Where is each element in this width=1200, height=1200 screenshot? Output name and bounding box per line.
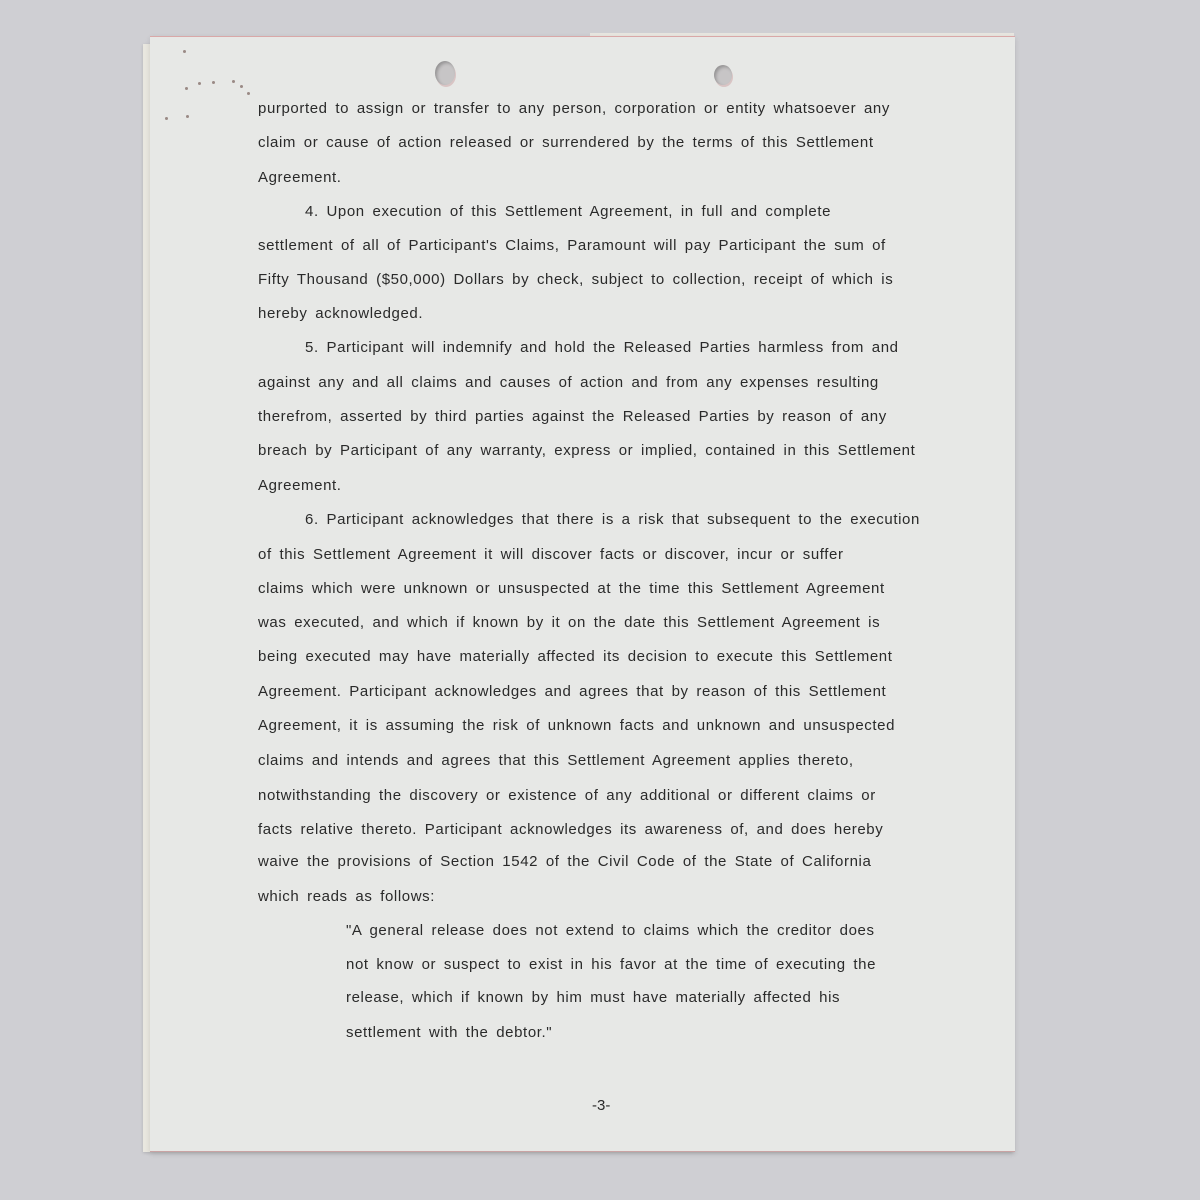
paragraph-line: Agreement. [258,170,342,185]
paragraph-line: which reads as follows: [258,889,435,904]
punch-hole-icon [714,65,732,85]
paragraph-line: therefrom, asserted by third parties aga… [258,409,887,424]
paragraph-line: being executed may have materially affec… [258,649,893,664]
paragraph-line: 5. Participant will indemnify and hold t… [305,340,899,355]
punch-hole-icon [435,61,455,85]
paper-speck [247,92,250,95]
paragraph-line: 6. Participant acknowledges that there i… [305,512,920,527]
paragraph-line: Agreement. [258,478,342,493]
paragraph-line: Fifty Thousand ($50,000) Dollars by chec… [258,272,893,287]
paragraph-line: settlement of all of Participant's Claim… [258,238,886,253]
paper-speck [185,87,188,90]
paragraph-line: facts relative thereto. Participant ackn… [258,822,883,837]
paragraph-line: 4. Upon execution of this Settlement Agr… [305,204,831,219]
paragraph-line: claims which were unknown or unsuspected… [258,581,885,596]
paragraph-line: Agreement. Participant acknowledges and … [258,684,886,699]
paper-speck [240,85,243,88]
paragraph-line: claims and intends and agrees that this … [258,753,854,768]
paragraph-line: notwithstanding the discovery or existen… [258,788,876,803]
quoted-statute-line: release, which if known by him must have… [346,990,840,1005]
paragraph-line: hereby acknowledged. [258,306,423,321]
paper-speck [212,81,215,84]
document-page: purported to assign or transfer to any p… [150,36,1015,1152]
paragraph-line: purported to assign or transfer to any p… [258,101,890,116]
paper-speck [165,117,168,120]
paper-speck [232,80,235,83]
paper-speck [198,82,201,85]
page-number: -3- [592,1097,610,1114]
paragraph-line: claim or cause of action released or sur… [258,135,874,150]
paragraph-line: breach by Participant of any warranty, e… [258,443,915,458]
paragraph-line: Agreement, it is assuming the risk of un… [258,718,895,733]
paper-speck [186,115,189,118]
quoted-statute-line: settlement with the debtor." [346,1025,552,1040]
quoted-statute-line: "A general release does not extend to cl… [346,923,875,938]
paragraph-line: of this Settlement Agreement it will dis… [258,547,844,562]
paragraph-line: was executed, and which if known by it o… [258,615,880,630]
paragraph-line: against any and all claims and causes of… [258,375,879,390]
quoted-statute-line: not know or suspect to exist in his favo… [346,957,876,972]
paragraph-line: waive the provisions of Section 1542 of … [258,854,871,869]
paper-speck [183,50,186,53]
